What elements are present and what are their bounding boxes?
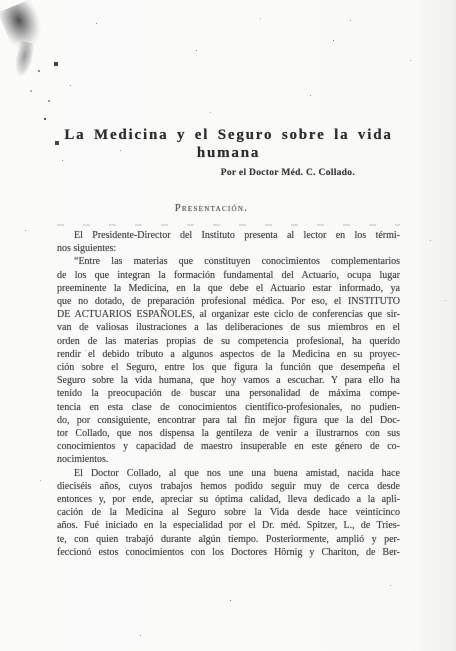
paragraph: El Presidente-Director del Instituto pre…: [57, 229, 400, 255]
text-line: “Entre las materias que constituyen cono…: [57, 255, 400, 268]
text-line: El Presidente-Director del Instituto pre…: [57, 229, 400, 242]
scanned-document-page: La Medicina y el Seguro sobre la vida hu…: [0, 0, 456, 651]
page-content: La Medicina y el Seguro sobre la vida hu…: [57, 0, 400, 559]
text-line: que no dotado, de preparación profesiona…: [57, 295, 400, 308]
text-line: dieciséis años, cuyos trabajos hemos pod…: [57, 480, 400, 493]
text-line: entonces y, por ende, apreciar su óptima…: [57, 493, 400, 506]
byline: Por el Doctor Méd. C. Collado.: [57, 168, 400, 178]
text-line: cación de la Medicina al Seguro sobre la…: [57, 506, 400, 519]
page-title-line1: La Medicina y el Seguro sobre la vida: [57, 126, 400, 144]
paragraph: El Doctor Collado, al que nos une una bu…: [57, 467, 400, 559]
text-line: te, con quien trabajó durante algún tiem…: [57, 533, 400, 546]
text-line: nos siguientes:: [57, 242, 400, 255]
text-line: ción sobre el Seguro, entre los que figu…: [57, 361, 400, 374]
text-line: nocimientos.: [57, 453, 400, 466]
text-line: El Doctor Collado, al que nos une una bu…: [57, 467, 400, 480]
text-line: van de valiosas ilustraciones a las deli…: [57, 321, 400, 334]
text-line: do, por consiguiente, encontrar para tal…: [57, 414, 400, 427]
text-line: Seguro sobre la vida humana, que hoy vam…: [57, 374, 400, 387]
paragraph: “Entre las materias que constituyen cono…: [57, 255, 400, 466]
scan-speck-artifacts: [0, 0, 1, 1]
section-heading: Presentación.: [57, 203, 366, 214]
text-line: de los que integran la formación fundame…: [57, 269, 400, 282]
text-line: preeminente la Medicina, en la que debe …: [57, 282, 400, 295]
text-line: orden de las materias propias de su comp…: [57, 335, 400, 348]
text-line: feccionó estos conocimientos con los Doc…: [57, 546, 400, 559]
text-line: tenido la preocupación de buscar una per…: [57, 387, 400, 400]
text-line: rendir el debido tributo a algunos aspec…: [57, 348, 400, 361]
page-title-line2: humana: [57, 144, 400, 162]
text-line: años. Fué iniciado en la especialidad po…: [57, 519, 400, 532]
text-line: tencia en esta clase de conocimientos ci…: [57, 401, 400, 414]
text-line: DE ACTUARIOS ESPAÑOLES, al organizar est…: [57, 308, 400, 321]
page-title: La Medicina y el Seguro sobre la vida hu…: [57, 126, 400, 162]
text-line: conocimientos y capacidad de maestro ins…: [57, 440, 400, 453]
body-text: El Presidente-Director del Instituto pre…: [57, 229, 400, 559]
text-line: tor Collado, que nos dispensa la gentile…: [57, 427, 400, 440]
